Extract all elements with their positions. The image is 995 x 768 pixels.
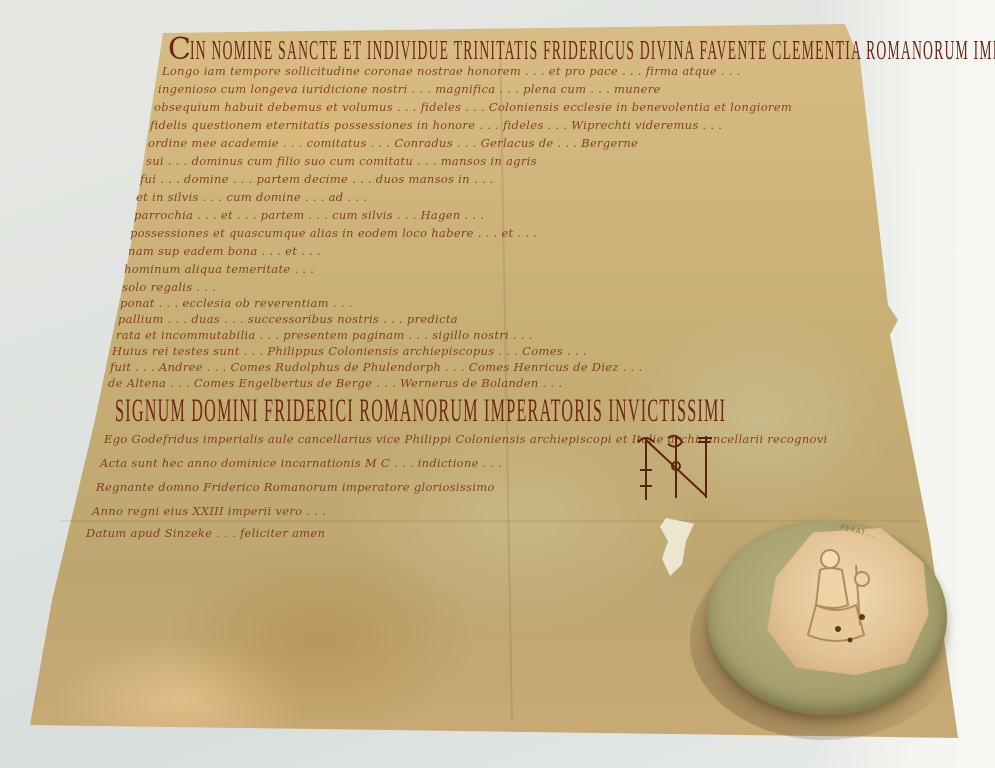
recognition-line: Ego Godefridus imperialis aule cancellar… — [104, 432, 828, 446]
body-line: obsequium habuit debemus et volumus . . … — [154, 100, 792, 114]
body-line: sui . . . dominus cum filio suo cum comi… — [146, 154, 537, 168]
body-line: solo regalis . . . — [122, 280, 216, 294]
body-line: pallium . . . duas . . . successoribus n… — [118, 312, 458, 326]
datum-line: Datum apud Sinzeke . . . feliciter amen — [86, 526, 325, 540]
body-line: rata et incommutabilia . . . presentem p… — [116, 328, 533, 342]
body-line: hominum aliqua temeritate . . . — [124, 262, 314, 276]
body-line: fidelis questionem eternitatis possessio… — [150, 118, 722, 132]
body-line: ordine mee academie . . . comitatus . . … — [148, 136, 638, 150]
witness-line: fuit . . . Andree . . . Comes Rudolphus … — [110, 360, 643, 374]
decorated-initial: C — [168, 32, 191, 67]
body-line: ingenioso cum longeva iuridicione nostri… — [158, 82, 661, 96]
body-line: nam sup eadem bona . . . et . . . — [128, 244, 321, 258]
dating-line: Acta sunt hec anno dominice incarnationi… — [100, 456, 502, 470]
body-line: ponat . . . ecclesia ob reverentiam . . … — [120, 296, 353, 310]
signum-line: SIGNUM DOMINI FRIDERICI ROMANORUM IMPERA… — [115, 392, 726, 430]
witness-line: Huius rei testes sunt . . . Philippus Co… — [112, 344, 587, 358]
witness-line: de Altena . . . Comes Engelbertus de Ber… — [108, 376, 562, 390]
body-line: fui . . . domine . . . partem decime . .… — [140, 172, 494, 186]
body-line: possessiones et quascumque alias in eode… — [130, 226, 537, 240]
body-line: parrochia . . . et . . . partem . . . cu… — [134, 208, 484, 222]
charter-parchment: C IN NOMINE SANCTE ET INDIVIDUE TRINITAT… — [0, 0, 995, 768]
body-line: Longo iam tempore sollicitudine coronae … — [162, 64, 741, 78]
enthroned-emperor-figure-icon — [800, 545, 880, 655]
dating-line: Regnante domno Friderico Romanorum imper… — [96, 480, 495, 494]
imperial-monogram-icon — [632, 430, 717, 505]
dating-line: Anno regni eius XXIII imperii vero . . . — [92, 504, 326, 518]
body-line: et in silvis . . . cum domine . . . ad .… — [136, 190, 367, 204]
header-elongated-script: IN NOMINE SANCTE ET INDIVIDUE TRINITATIS… — [190, 34, 995, 67]
